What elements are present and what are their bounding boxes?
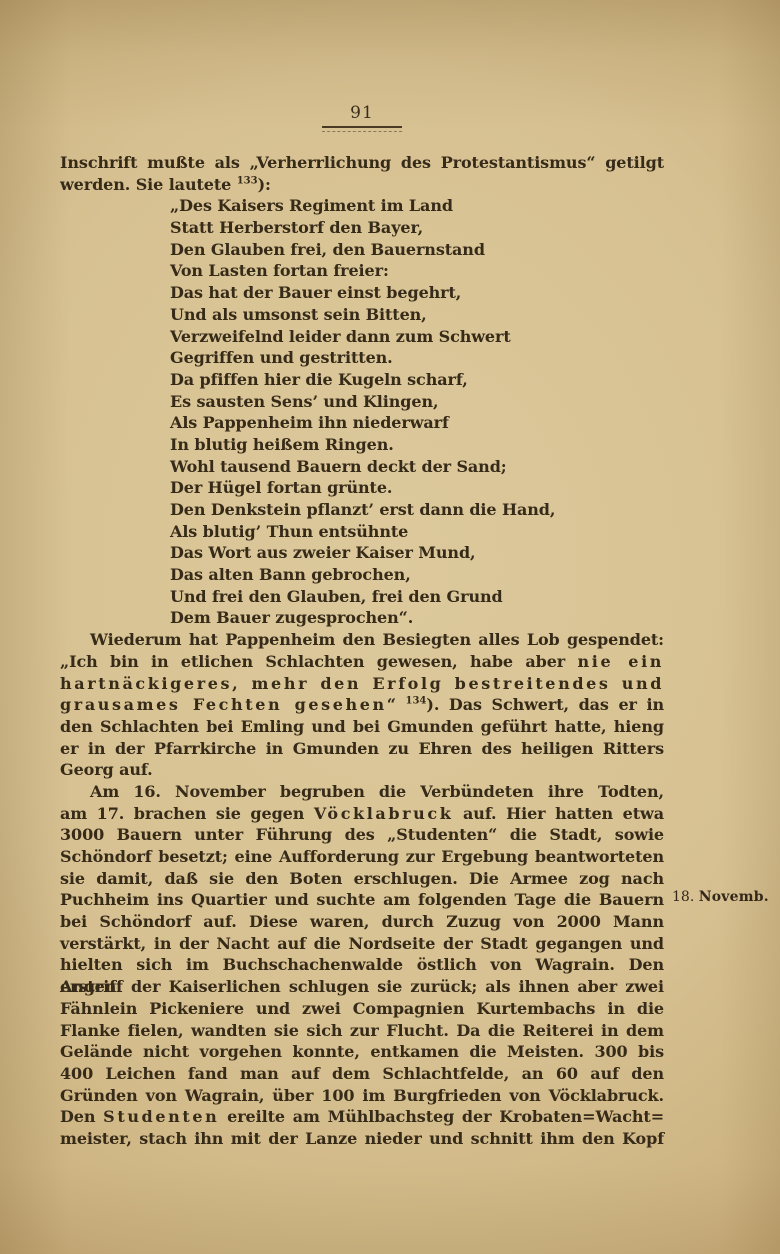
page-number: 91 — [60, 103, 664, 123]
text-line: „Ich bin in etlichen Schlachten gewesen,… — [60, 651, 664, 673]
margin-note-month: Novemb. — [699, 889, 769, 905]
text-line: Gründen von Wagrain, über 100 im Burgfri… — [60, 1085, 664, 1107]
poem-line: Als blutig’ Thun entsühnte — [170, 521, 664, 543]
text-line: sie damit, daß sie den Boten erschlugen.… — [60, 868, 664, 890]
text-segment: “ — [387, 695, 406, 714]
poem: „Des Kaisers Regiment im Land Statt Herb… — [170, 195, 664, 629]
text-line: 3000 Bauern unter Führung des „Studenten… — [60, 824, 664, 846]
text-line: Gelände nicht vorgehen konnte, entkamen … — [60, 1041, 664, 1063]
page-header: 91 — [60, 103, 664, 132]
poem-line: Das alten Bann gebrochen, — [170, 564, 664, 586]
text-line: hielten sich im Buchschachenwalde östlic… — [60, 954, 664, 976]
intro-line-text: ): — [258, 175, 271, 194]
text-segment: Den — [60, 1107, 103, 1126]
poem-line: „Des Kaisers Regiment im Land — [170, 195, 664, 217]
text-segment: „Ich bin in etlichen Schlachten gewesen,… — [60, 652, 578, 671]
poem-line: Es sausten Sens’ und Klingen, — [170, 391, 664, 413]
paragraph-pappenheim: Wiederum hat Pappenheim den Besiegten al… — [60, 629, 664, 781]
poem-line: Gegriffen und gestritten. — [170, 347, 664, 369]
poem-line: Den Denkstein pflanzt’ erst dann die Han… — [170, 499, 664, 521]
text-line: Angriff der Kaiserlichen schlugen sie zu… — [60, 976, 664, 998]
poem-line: Statt Herberstorf den Bayer, — [170, 217, 664, 239]
poem-line: Dem Bauer zugesprochen“. — [170, 607, 664, 629]
page-number-rule — [322, 126, 402, 132]
text-block: Inschrift mußte als „Verherrlichung des … — [60, 152, 664, 1150]
poem-line: Das hat der Bauer einst begehrt, — [170, 282, 664, 304]
text-line: Flanke fielen, wandten sie sich zur Fluc… — [60, 1020, 664, 1042]
margin-note-date: 18. Novemb. — [672, 889, 769, 905]
emphasized-text: Studenten — [103, 1107, 219, 1126]
text-line: am 17. brachen sie gegen Vöcklabruck auf… — [60, 803, 664, 825]
footnote-marker-133: 133 — [237, 175, 258, 186]
poem-line: Und frei den Glauben, frei den Grund — [170, 586, 664, 608]
text-segment: auf. Hier hatten etwa — [453, 804, 664, 823]
text-line: Am 16. November begruben die Verbündeten… — [60, 781, 664, 803]
text-line: Den Studenten ereilte am Mühlbachsteg de… — [60, 1106, 664, 1128]
poem-line: In blutig heißem Ringen. — [170, 434, 664, 456]
text-line: Puchheim ins Quartier und suchte am folg… — [60, 889, 664, 911]
text-line: hartnäckigeres, mehr den Erfolg bestreit… — [60, 673, 664, 695]
poem-line: Wohl tausend Bauern deckt der Sand; — [170, 456, 664, 478]
scanned-book-page: 91 Inschrift mußte als „Verherrlichung d… — [0, 0, 780, 1254]
footnote-marker-134: 134 — [406, 696, 427, 707]
emphasized-text: nie ein — [578, 652, 664, 671]
poem-line: Das Wort aus zweier Kaiser Mund, — [170, 542, 664, 564]
text-segment: am 17. brachen sie gegen — [60, 804, 314, 823]
paragraph-november: Am 16. November begruben die Verbündeten… — [60, 781, 664, 1150]
poem-line: Der Hügel fortan grünte. — [170, 477, 664, 499]
emphasized-text: grausames Fechten gesehen — [60, 695, 387, 714]
emphasized-text: hartnäckigeres, mehr den Erfolg bestreit… — [60, 674, 664, 693]
text-line: bei Schöndorf auf. Diese waren, durch Zu… — [60, 911, 664, 933]
text-line: grausames Fechten gesehen“ 134). Das Sch… — [60, 694, 664, 716]
text-line: Schöndorf besetzt; eine Aufforderung zur… — [60, 846, 664, 868]
text-line: Georg auf. — [60, 759, 664, 781]
text-line: er in der Pfarrkirche in Gmunden zu Ehre… — [60, 738, 664, 760]
intro-line: werden. Sie lautete 133): — [60, 174, 664, 196]
text-line: Fähnlein Pickeniere und zwei Compagnien … — [60, 998, 664, 1020]
text-segment: ). Das Schwert, das er in — [426, 695, 664, 714]
poem-line: Und als umsonst sein Bitten, — [170, 304, 664, 326]
text-line: 400 Leichen fand man auf dem Schlachtfel… — [60, 1063, 664, 1085]
poem-line: Als Pappenheim ihn niederwarf — [170, 412, 664, 434]
text-line: verstärkt, in der Nacht auf die Nordseit… — [60, 933, 664, 955]
text-line: Wiederum hat Pappenheim den Besiegten al… — [60, 629, 664, 651]
text-line: meister, stach ihn mit der Lanze nieder … — [60, 1128, 664, 1150]
margin-note-day: 18. — [672, 889, 694, 905]
poem-line: Verzweifelnd leider dann zum Schwert — [170, 326, 664, 348]
text-segment: ereilte am Mühlbachsteg der Krobaten=Wac… — [219, 1107, 664, 1126]
poem-line: Den Glauben frei, den Bauernstand — [170, 239, 664, 261]
intro-line: Inschrift mußte als „Verherrlichung des … — [60, 152, 664, 174]
poem-line: Da pfiffen hier die Kugeln scharf, — [170, 369, 664, 391]
intro-line-text: werden. Sie lautete — [60, 175, 237, 194]
poem-line: Von Lasten fortan freier: — [170, 260, 664, 282]
emphasized-text: Vöcklabruck — [314, 804, 454, 823]
text-line: den Schlachten bei Emling und bei Gmunde… — [60, 716, 664, 738]
